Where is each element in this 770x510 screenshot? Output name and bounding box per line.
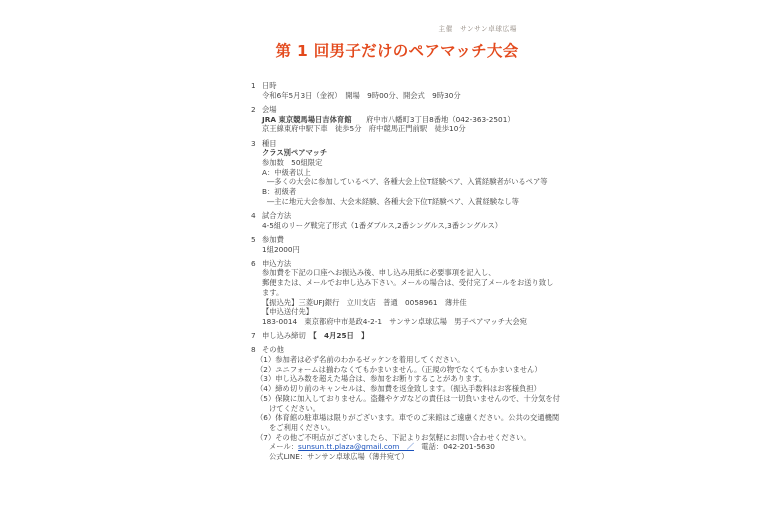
text-segment: A：中級者以上 [262, 168, 311, 177]
text-segment: 日時 [262, 81, 277, 90]
section-heading: 1日時 [251, 81, 543, 91]
section-4: 4試合方法4-5組のリーグ戦完了形式（1番ダブルス,2番シングルス,3番シングル… [251, 211, 543, 230]
section-7: 7申し込み締切 【 4月25日 】 [251, 331, 543, 341]
text-line: （4）締め切り前のキャンセルは、参加費を返金致します。（振込手数料はお客様負担） [256, 384, 543, 394]
page-title: 第 1 回男子だけのペアマッチ大会 [251, 42, 543, 61]
text-line: けてください。 [269, 404, 543, 414]
organizer-credit: 主催 サンサン卓球広場 [251, 25, 543, 34]
text-segment: ―多くの大会に参加しているペア、各種大会上位T経験ペア、入賞経験者がいるペア等 [267, 177, 548, 186]
text-line: （1）参加者は必ず名前のわかるゼッケンを着用してください。 [256, 355, 543, 365]
section-number: 8 [251, 345, 262, 355]
text-line: 4-5組のリーグ戦完了形式（1番ダブルス,2番シングルス,3番シングルス） [262, 221, 543, 231]
text-segment: （5）保険に加入しておりません。盗難やケガなどの責任は一切負いませんので、十分気… [256, 394, 560, 403]
section-heading: 5参加費 [251, 235, 543, 245]
text-segment: けてください。 [269, 404, 320, 413]
text-line: メール：sunsun.tt.plaza@gmail.com ／ 電話：042-2… [269, 442, 543, 452]
text-line: ます。 [262, 288, 543, 298]
section-2: 2会場JRA 東京競馬場日吉体育館 府中市八幡町3丁目8番地（042-363-2… [251, 105, 543, 134]
text-line: A：中級者以上 [262, 168, 543, 178]
text-segment: 【申込送付先】 [262, 307, 313, 316]
section-body: 1組2000円 [262, 245, 543, 255]
text-segment: 参加数 50組限定 [262, 158, 322, 167]
text-segment: 公式LINE：サンサン卓球広場（薄井宛て） [269, 452, 409, 461]
section-number: 2 [251, 105, 262, 115]
text-segment: 183-0014 東京都府中市是政4-2-1 サンサン卓球広場 男子ペアマッチ大… [262, 317, 527, 326]
section-heading: 3種目 [251, 139, 543, 149]
text-line: B：初級者 [262, 187, 543, 197]
text-line: （2）ユニフォームは揃わなくてもかまいません。（正規の物でなくてもかまいません） [256, 365, 543, 375]
section-number: 5 [251, 235, 262, 245]
text-segment: 電話：042-201-5630 [414, 442, 495, 451]
section-3: 3種目クラス別ペアマッチ参加数 50組限定A：中級者以上―多くの大会に参加してい… [251, 139, 543, 207]
text-line: 183-0014 東京都府中市是政4-2-1 サンサン卓球広場 男子ペアマッチ大… [262, 317, 543, 327]
section-body: 令和6年5月3日（金祝） 開場 9時00分、開会式 9時30分 [262, 91, 543, 101]
section-1: 1日時令和6年5月3日（金祝） 開場 9時00分、開会式 9時30分 [251, 81, 543, 100]
text-line: ―多くの大会に参加しているペア、各種大会上位T経験ペア、入賞経験者がいるペア等 [267, 177, 543, 187]
section-heading: 4試合方法 [251, 211, 543, 221]
text-segment: をご利用ください。 [269, 423, 335, 432]
section-heading: 6申込方法 [251, 259, 543, 269]
text-segment: 種目 [262, 139, 277, 148]
text-line: 参加数 50組限定 [262, 158, 543, 168]
section-body: JRA 東京競馬場日吉体育館 府中市八幡町3丁目8番地（042-363-2501… [262, 115, 543, 134]
text-segment: （2）ユニフォームは揃わなくてもかまいません。（正規の物でなくてもかまいません） [256, 365, 542, 374]
text-line: 京王線東府中駅下車 徒歩5分 府中競馬正門前駅 徒歩10分 [262, 124, 543, 134]
text-segment: その他 [262, 345, 284, 354]
text-segment: 【 4月25日 】 [313, 331, 368, 340]
text-line: （6）体育館の駐車場は限りがございます。車でのご来館はご遠慮ください。公共の交通… [256, 413, 543, 423]
section-heading: 8その他 [251, 345, 543, 355]
text-segment: （6）体育館の駐車場は限りがございます。車でのご来館はご遠慮ください。公共の交通… [256, 413, 559, 422]
text-segment: クラス別ペアマッチ [262, 148, 327, 157]
section-heading: 7申し込み締切 【 4月25日 】 [251, 331, 543, 341]
text-segment: 京王線東府中駅下車 徒歩5分 府中競馬正門前駅 徒歩10分 [262, 124, 466, 133]
text-line: 【申込送付先】 [262, 307, 543, 317]
text-segment: 試合方法 [262, 211, 291, 220]
text-line: （3）申し込み数を超えた場合は、参加をお断りすることがあります。 [256, 374, 543, 384]
text-segment: 郵便または、メールでお申し込み下さい。メールの場合は、受付完了メールをお送り致し [262, 278, 553, 287]
section-5: 5参加費1組2000円 [251, 235, 543, 254]
text-segment: 参加費を下記の口座へお振込み後、申し込み用紙に必要事項を記入し、 [262, 268, 496, 277]
text-line: （5）保険に加入しておりません。盗難やケガなどの責任は一切負いませんので、十分気… [256, 394, 543, 404]
text-segment: （7）その他ご不明点がございましたら、下記よりお気軽にお問い合わせください。 [256, 433, 531, 442]
text-line: ―主に地元大会参加、大会未経験、各種大会下位T経験ペア、入賞経験なし等 [267, 197, 543, 207]
section-number: 6 [251, 259, 262, 269]
email-link[interactable]: sunsun.tt.plaza@gmail.com ／ [298, 442, 414, 451]
text-segment: 1組2000円 [262, 245, 300, 254]
text-segment: （3）申し込み数を超えた場合は、参加をお断りすることがあります。 [256, 374, 486, 383]
section-number: 1 [251, 81, 262, 91]
text-segment: 申込方法 [262, 259, 291, 268]
section-body: クラス別ペアマッチ参加数 50組限定A：中級者以上―多くの大会に参加しているペア… [262, 148, 543, 206]
text-segment: メール： [269, 442, 298, 451]
section-body: 4-5組のリーグ戦完了形式（1番ダブルス,2番シングルス,3番シングルス） [262, 221, 543, 231]
section-heading: 2会場 [251, 105, 543, 115]
text-line: 公式LINE：サンサン卓球広場（薄井宛て） [269, 452, 543, 462]
document-content: 主催 サンサン卓球広場 第 1 回男子だけのペアマッチ大会 1日時令和6年5月3… [251, 0, 543, 462]
section-number: 3 [251, 139, 262, 149]
text-line: 郵便または、メールでお申し込み下さい。メールの場合は、受付完了メールをお送り致し [262, 278, 543, 288]
section-8: 8その他（1）参加者は必ず名前のわかるゼッケンを着用してください。（2）ユニフォ… [251, 345, 543, 461]
section-number: 4 [251, 211, 262, 221]
text-segment: 【振込先】三菱UFJ銀行 立川支店 普通 0058961 薄井佳 [262, 298, 467, 307]
text-segment: （4）締め切り前のキャンセルは、参加費を返金致します。（振込手数料はお客様負担） [256, 384, 541, 393]
text-segment: 令和6年5月3日（金祝） 開場 9時00分、開会式 9時30分 [262, 91, 461, 100]
text-segment: 府中市八幡町3丁目8番地（042-363-2501） [352, 115, 515, 124]
text-segment: （1）参加者は必ず名前のわかるゼッケンを着用してください。 [256, 355, 464, 364]
text-segment: ―主に地元大会参加、大会未経験、各種大会下位T経験ペア、入賞経験なし等 [267, 197, 519, 206]
section-number: 7 [251, 331, 262, 341]
section-body: （1）参加者は必ず名前のわかるゼッケンを着用してください。（2）ユニフォームは揃… [262, 355, 543, 462]
text-segment: 参加費 [262, 235, 284, 244]
text-segment: ます。 [262, 288, 283, 297]
text-line: クラス別ペアマッチ [262, 148, 543, 158]
text-segment: 4-5組のリーグ戦完了形式（1番ダブルス,2番シングルス,3番シングルス） [262, 221, 502, 230]
section-6: 6申込方法参加費を下記の口座へお振込み後、申し込み用紙に必要事項を記入し、郵便ま… [251, 259, 543, 327]
text-line: 令和6年5月3日（金祝） 開場 9時00分、開会式 9時30分 [262, 91, 543, 101]
text-line: JRA 東京競馬場日吉体育館 府中市八幡町3丁目8番地（042-363-2501… [262, 115, 543, 125]
text-line: （7）その他ご不明点がございましたら、下記よりお気軽にお問い合わせください。 [256, 433, 543, 443]
document-page: 主催 サンサン卓球広場 第 1 回男子だけのペアマッチ大会 1日時令和6年5月3… [0, 0, 770, 510]
sections-container: 1日時令和6年5月3日（金祝） 開場 9時00分、開会式 9時30分2会場JRA… [251, 81, 543, 462]
text-line: 参加費を下記の口座へお振込み後、申し込み用紙に必要事項を記入し、 [262, 268, 543, 278]
text-segment: JRA 東京競馬場日吉体育館 [262, 115, 352, 124]
section-body: 参加費を下記の口座へお振込み後、申し込み用紙に必要事項を記入し、郵便または、メー… [262, 268, 543, 326]
text-line: をご利用ください。 [269, 423, 543, 433]
text-line: 1組2000円 [262, 245, 543, 255]
text-line: 【振込先】三菱UFJ銀行 立川支店 普通 0058961 薄井佳 [262, 298, 543, 308]
text-segment: 会場 [262, 105, 277, 114]
text-segment: B：初級者 [262, 187, 296, 196]
text-segment: 申し込み締切 [262, 331, 313, 340]
